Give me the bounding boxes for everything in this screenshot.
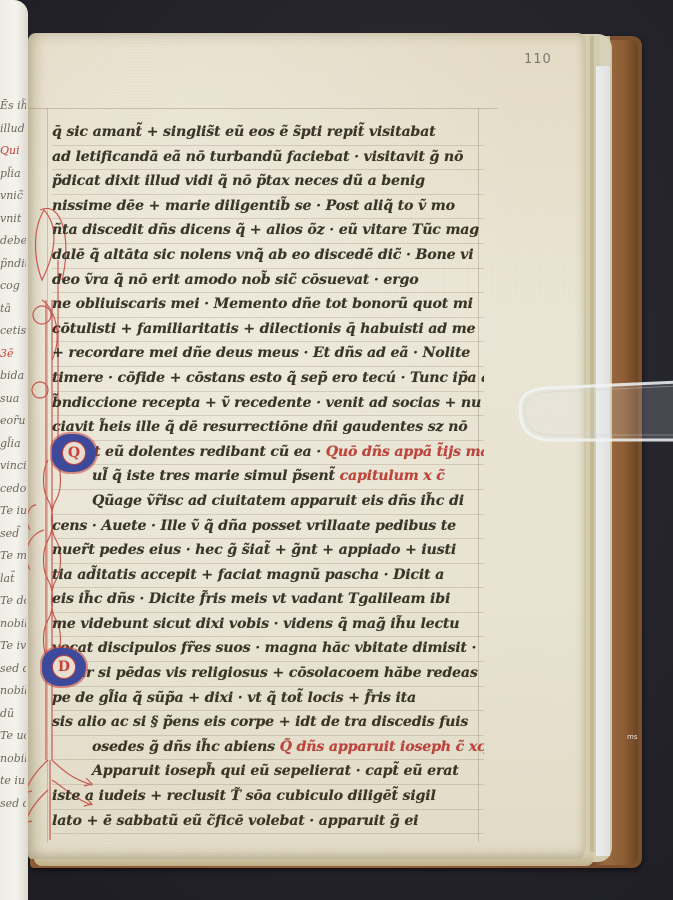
text-line: + recordare mei dñe deus meus · Et dñs a… bbox=[52, 342, 484, 367]
text-line: me videbunt sicut dixi vobis · videns q̃… bbox=[52, 613, 484, 638]
text-line: cens · Auete · Ille ṽ q̃ dña posset vri… bbox=[52, 515, 484, 540]
shelfmark-sticker: ms bbox=[627, 733, 637, 741]
text-line: nuer̃t pedes eius · hec g̃ s̃iat̃ + g̃nt… bbox=[52, 539, 484, 564]
text-line: ñta discedit dñs dicens q̃ + alios õz … bbox=[52, 219, 484, 244]
text-line: Qũage ṽr̃isc ad ciuitatem apparuit eis… bbox=[52, 490, 484, 515]
text-line: nissime dēe + marie diligentib̃ se · Pos… bbox=[52, 195, 484, 220]
page-clip-icon bbox=[518, 378, 673, 444]
text-line: pe de gl̃ia q̃ sũp̃a + dixi · vt q̃ tot… bbox=[52, 687, 484, 712]
text-line: vidēnt eũ dolentes redibant cũ ea · Qu… bbox=[52, 441, 484, 466]
text-line: ne obliuiscaris mei · Memento dñe tot bo… bbox=[52, 293, 484, 318]
text-line: timere · cōfide + cōstans esto q̃ sep̃ e… bbox=[52, 367, 484, 392]
text-line: b̃ndiccione recepta + ṽ recedente · ven… bbox=[52, 392, 484, 417]
rubric-chapter: capitulum x c̃ bbox=[340, 468, 445, 484]
text-line: p̃dicat dixit illud vidi q̃ nō p̃tax nec… bbox=[52, 170, 484, 195]
text-line: ciavit h̃eis ille q̃ dē resurrectiōne dñ… bbox=[52, 416, 484, 441]
rubric-heading: Quō dñs appã t̃ijs mariis s̃t bbox=[326, 444, 484, 460]
rubric-heading: Q̃ dñs apparuit ioseph c̃ xcj̃ bbox=[280, 739, 484, 755]
page-edge bbox=[590, 36, 594, 856]
initial-letter: Q bbox=[62, 441, 86, 465]
text-line: q̄ sic amant̃ + singlis̃t eũ eos ẽ s̃pt… bbox=[52, 121, 484, 146]
text-line: osedes g̃ dñs ih̃c abiens Q̃ dñs apparui… bbox=[52, 736, 484, 761]
text-line: deo ṽra q̃ nō erit amodo nob̃ sic̃ cōsu… bbox=[52, 269, 484, 294]
text-line: iste a iudeis + reclusit T̃ sōa cubiculo… bbox=[52, 785, 484, 810]
verso-text: Ēs ih̃c illud Qui pl̃ia vnic̃ vnit debe… bbox=[0, 95, 26, 815]
text-line: ul̃ q̃ iste tres marie simul p̃sent̃ cap… bbox=[52, 465, 484, 490]
text-line: sis alio ac si § p̃ens eis corpe + idt d… bbox=[52, 711, 484, 736]
folio-number: 110 bbox=[524, 52, 552, 67]
text-line: eis ih̃c dñs · Dicite f̃ris meis vt vada… bbox=[52, 588, 484, 613]
text-line: lato + ē sabbatũ eũ c̃ficē volebat · a… bbox=[52, 810, 484, 835]
initial-letter: D bbox=[52, 655, 76, 679]
decorated-initial-q: Q bbox=[52, 434, 96, 472]
text-line: tia ad̃itatis accepit + faciat magnũ pa… bbox=[52, 564, 484, 589]
text-line: Tu ñr si pēdas vis religiosus + cōsolac… bbox=[52, 662, 484, 687]
white-flyleaf-tab bbox=[596, 66, 610, 856]
verso-page-edge: Ēs ih̃c illud Qui pl̃ia vnic̃ vnit debe… bbox=[0, 0, 28, 900]
text-line: cōtulisti + familiaritatis + dilectionis… bbox=[52, 318, 484, 343]
manuscript-text-block: q̄ sic amant̃ + singlis̃t eũ eos ẽ s̃pt… bbox=[52, 121, 484, 834]
decorated-initial-d: D bbox=[42, 648, 86, 686]
text-line: vocat discipulos fr̃es suos · magna hăc … bbox=[52, 637, 484, 662]
text-line: ad letificandā eã nō turbandũ faciebat… bbox=[52, 146, 484, 171]
text-line: Apparuit ioseph̃ qui eũ sepelierat · ca… bbox=[52, 760, 484, 785]
text-line: dalē q̃ altāta sic nolens vnq̃ ab eo dis… bbox=[52, 244, 484, 269]
